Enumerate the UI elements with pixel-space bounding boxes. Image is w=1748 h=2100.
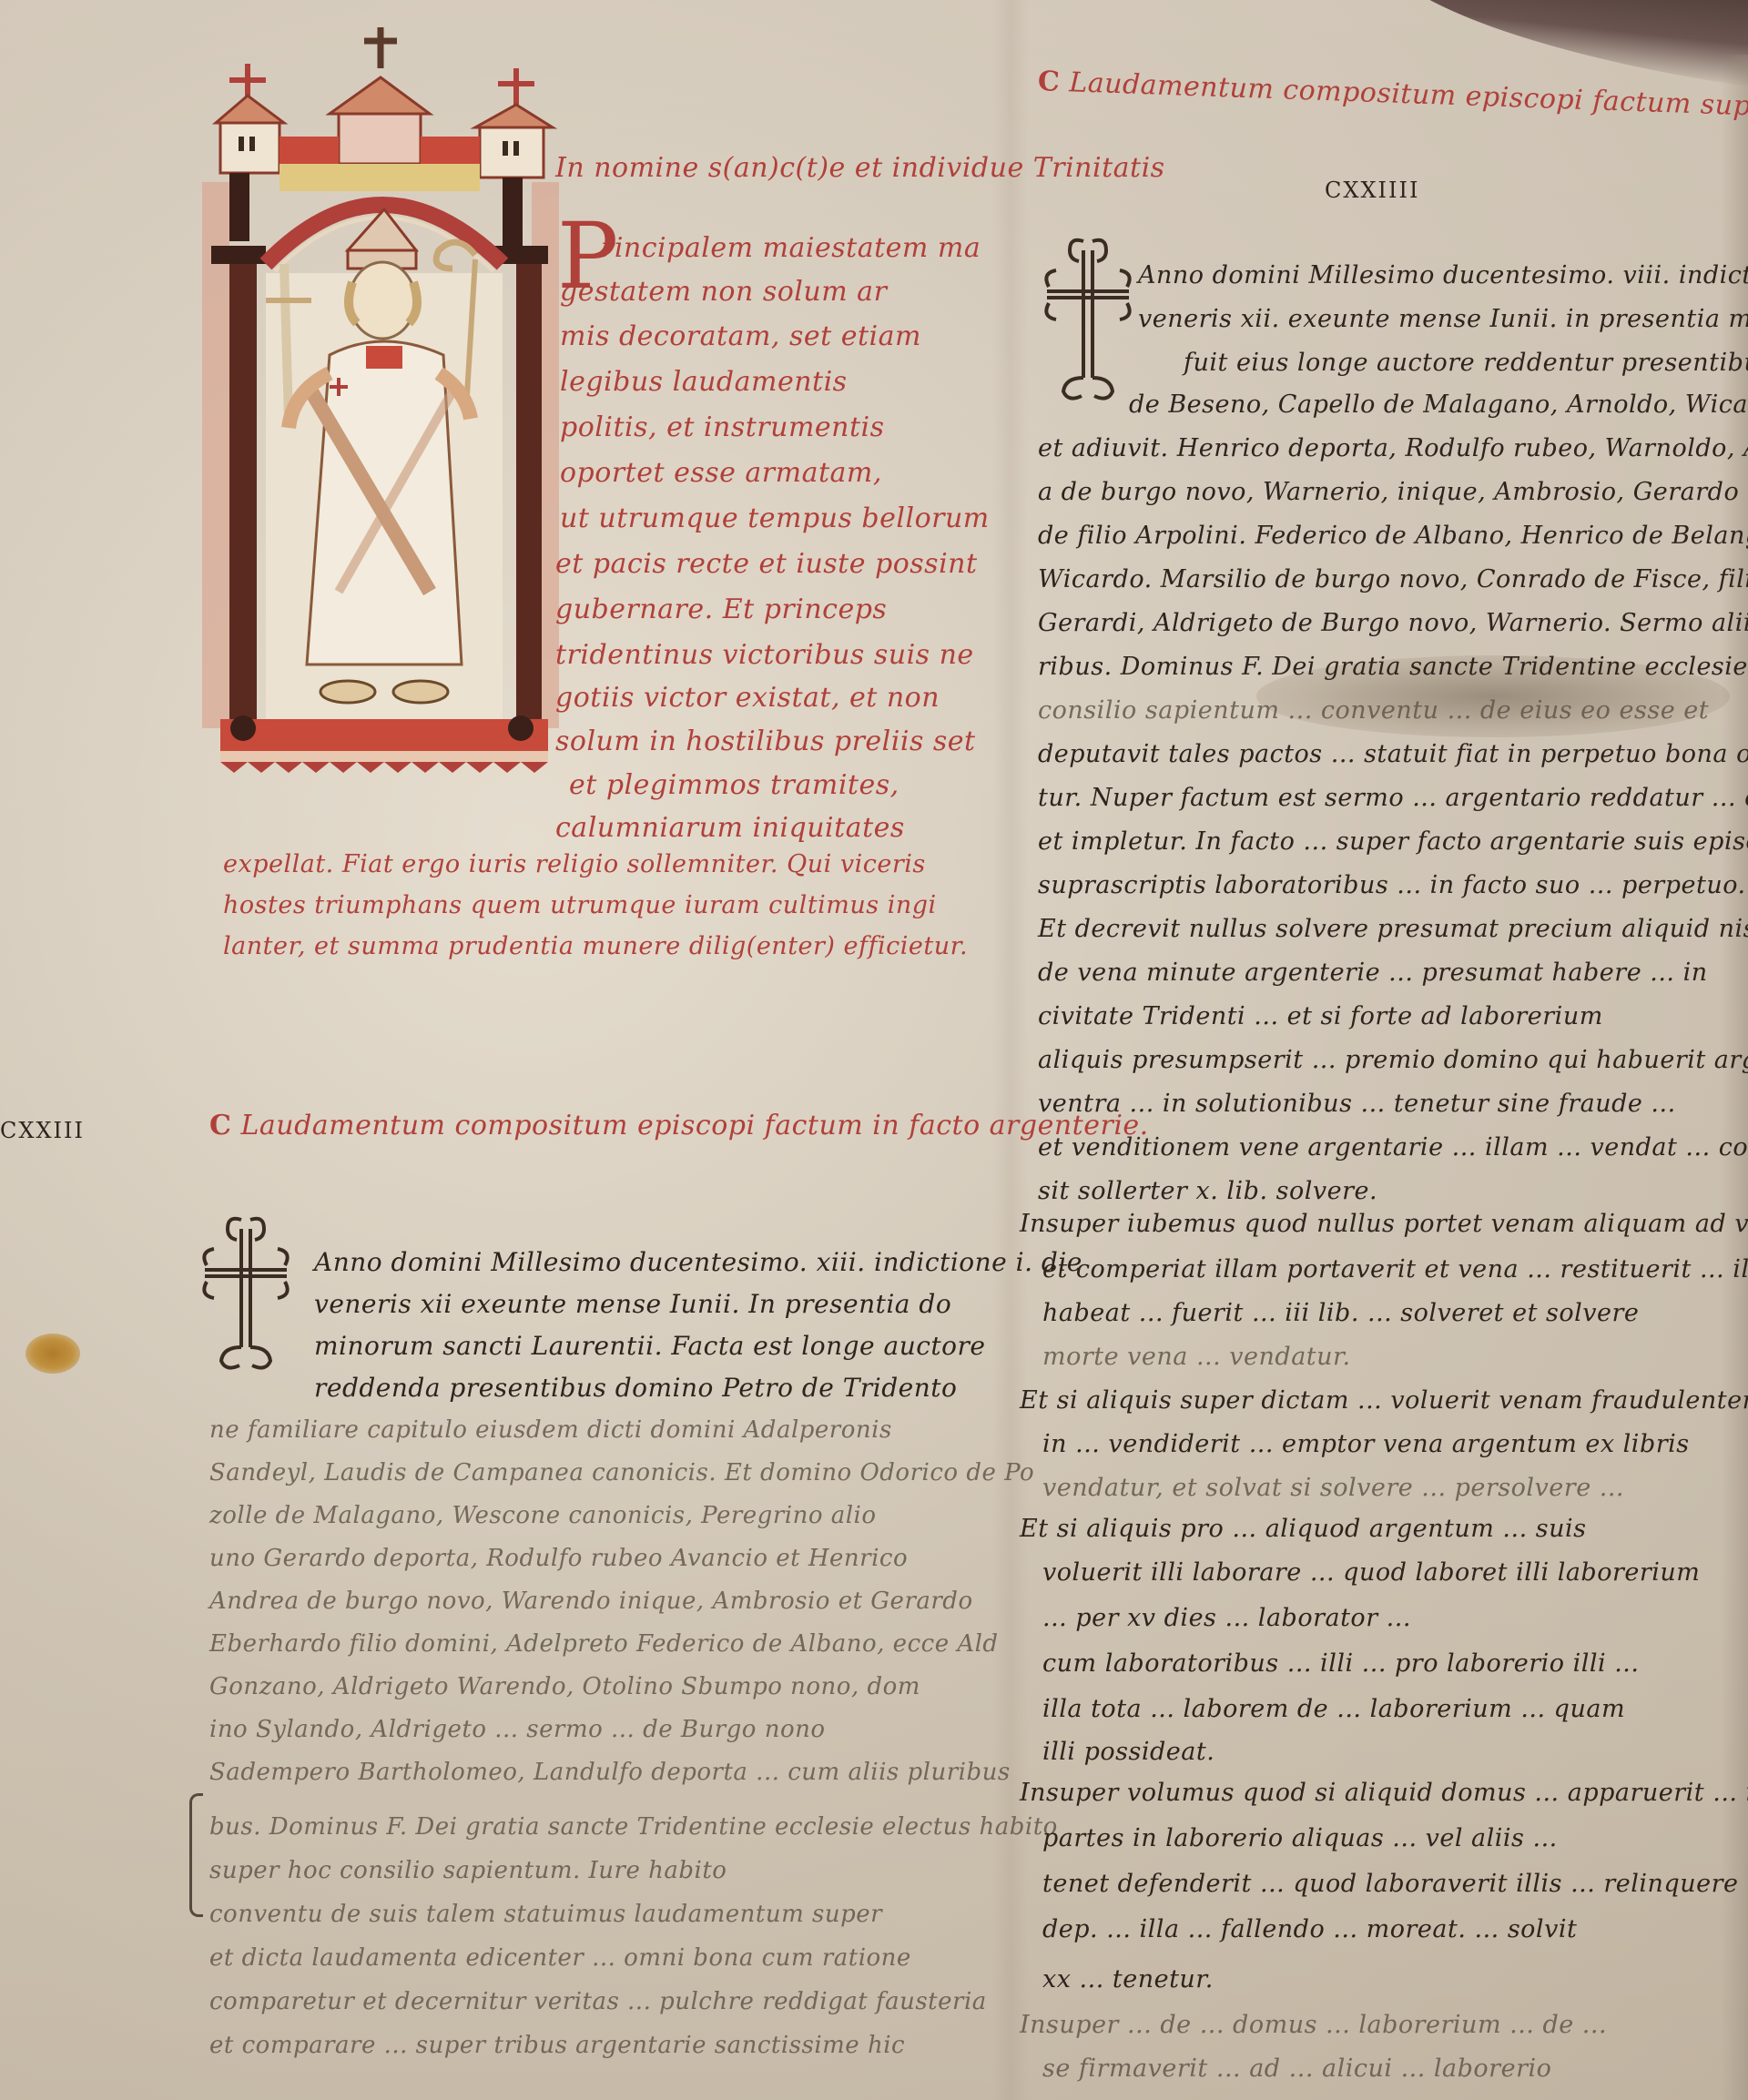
red-text-line: politis, et instrumentis bbox=[560, 414, 885, 441]
text-line: illi possideat. bbox=[1042, 1739, 1214, 1766]
text-line: Insuper iubemus quod nullus portet venam… bbox=[1020, 1211, 1748, 1238]
red-text-line: gestatem non solum ar bbox=[560, 279, 887, 306]
text-line: conventu de suis talem statuimus laudame… bbox=[209, 1901, 882, 1928]
text-line: ventra ... in solutionibus ... tenetur s… bbox=[1038, 1091, 1676, 1118]
text-line: Andrea de burgo novo, Warendo inique, Am… bbox=[209, 1588, 973, 1615]
red-text-line: rincipalem maiestatem ma bbox=[601, 235, 981, 262]
red-text-line: expellat. Fiat ergo iuris religio sollem… bbox=[223, 851, 926, 878]
text-line: super hoc consilio sapientum. Iure habit… bbox=[209, 1857, 727, 1884]
incipit-rubric: In nomine s(an)c(t)e et individue Trinit… bbox=[555, 155, 1165, 182]
text-line: minorum sancti Laurentii. Facta est long… bbox=[314, 1333, 985, 1360]
text-line: illa tota ... laborem de ... laborerium … bbox=[1042, 1696, 1625, 1723]
flourished-cross-initial-icon bbox=[1038, 232, 1138, 405]
text-line: Wicardo. Marsilio de burgo novo, Conrado… bbox=[1038, 566, 1748, 593]
paragraph-bracket-icon bbox=[189, 1793, 203, 1917]
text-line: Et decrevit nullus solvere presumat prec… bbox=[1038, 916, 1748, 943]
text-line: reddenda presentibus domino Petro de Tri… bbox=[314, 1375, 957, 1402]
text-line: morte vena ... vendatur. bbox=[1042, 1344, 1351, 1371]
text-line: Insuper ... de ... domus ... laborerium … bbox=[1020, 2012, 1607, 2039]
text-line: suprascriptis laboratoribus ... in facto… bbox=[1038, 872, 1746, 899]
rubric-text: Laudamentum compositum episcopi factum i… bbox=[240, 1110, 1148, 1141]
text-line: cum laboratoribus ... illi ... pro labor… bbox=[1042, 1650, 1639, 1678]
text-line: civitate Tridenti ... et si forte ad lab… bbox=[1038, 1003, 1603, 1030]
manuscript-page-spread: In nomine s(an)c(t)e et individue Trinit… bbox=[0, 0, 1748, 2100]
red-text-line: oportet esse armatam, bbox=[560, 460, 882, 487]
red-text-line: gotiis victor existat, et non bbox=[555, 685, 940, 712]
illuminated-miniature-icon bbox=[202, 27, 559, 787]
text-line: uno Gerardo deporta, Rodulfo rubeo Avanc… bbox=[209, 1545, 908, 1572]
text-line: et dicta laudamenta edicenter ... omni b… bbox=[209, 1944, 911, 1972]
red-text-line: gubernare. Et princeps bbox=[555, 596, 887, 624]
red-text-line: et plegimmos tramites, bbox=[569, 772, 899, 799]
text-line: et impletur. In facto ... super facto ar… bbox=[1038, 828, 1748, 856]
red-text-line: solum in hostilibus preliis set bbox=[555, 728, 976, 756]
text-line: et comperiat illam portaverit et vena ..… bbox=[1042, 1256, 1748, 1283]
text-line: partes in laborerio aliquas ... vel alii… bbox=[1042, 1825, 1558, 1852]
text-line: tur. Nuper factum est sermo ... argentar… bbox=[1038, 785, 1748, 812]
red-text-line: tridentinus victoribus suis ne bbox=[555, 642, 974, 669]
red-text-line: et pacis recte et iuste possint bbox=[555, 551, 978, 578]
text-line: de filio Arpolini. Federico de Albano, H… bbox=[1038, 522, 1748, 550]
section-rubric-right: C Laudamentum compositum episcopi factum… bbox=[1037, 68, 1748, 131]
text-line: de vena minute argenterie ... presumat h… bbox=[1038, 959, 1708, 987]
rubric-initial: C bbox=[209, 1110, 231, 1141]
text-line: ... per xv dies ... laborator ... bbox=[1042, 1605, 1411, 1632]
text-line: comparetur et decernitur veritas ... pul… bbox=[209, 1988, 987, 2015]
text-line: et venditionem vene argentarie ... illam… bbox=[1038, 1134, 1748, 1162]
rubric-text: Laudamentum compositum episcopi factum s… bbox=[1069, 66, 1748, 133]
rubric-initial: C bbox=[1037, 66, 1061, 98]
text-line: veneris xii exeunte mense Iunii. In pres… bbox=[314, 1291, 951, 1318]
section-rubric-left: C Laudamentum compositum episcopi factum… bbox=[209, 1112, 1149, 1140]
text-line: se firmaverit ... ad ... alicui ... labo… bbox=[1042, 2055, 1551, 2083]
text-line: veneris xii. exeunte mense Iunii. in pre… bbox=[1138, 306, 1748, 333]
text-line: in ... vendiderit ... emptor vena argent… bbox=[1042, 1431, 1690, 1458]
flourished-cross-initial-icon bbox=[196, 1211, 296, 1375]
text-line: Gonzano, Aldrigeto Warendo, Otolino Sbum… bbox=[209, 1673, 920, 1700]
text-line: aliquis presumpserit ... premio domino q… bbox=[1038, 1047, 1748, 1074]
text-line: fuit eius longe auctore reddentur presen… bbox=[1184, 350, 1748, 377]
ochre-stain bbox=[25, 1334, 80, 1374]
text-line: Et si aliquis super dictam ... voluerit … bbox=[1020, 1387, 1748, 1415]
text-line: sit sollerter x. lib. solvere. bbox=[1038, 1178, 1377, 1205]
text-line: Et si aliquis pro ... aliquod argentum .… bbox=[1020, 1516, 1587, 1543]
text-line: tenet defenderit ... quod laboraverit il… bbox=[1042, 1871, 1748, 1898]
text-line: zolle de Malagano, Wescone canonicis, Pe… bbox=[209, 1502, 877, 1529]
red-text-line: mis decoratam, set etiam bbox=[560, 323, 921, 350]
text-line: Sadempero Bartholomeo, Landulfo deporta … bbox=[209, 1759, 1011, 1786]
text-line: Eberhardo filio domini, Adelpreto Federi… bbox=[209, 1630, 999, 1658]
text-line: et adiuvit. Henrico deporta, Rodulfo rub… bbox=[1038, 435, 1748, 462]
text-line: deputavit tales pactos ... statuit fiat … bbox=[1038, 741, 1748, 768]
text-line: consilio sapientum ... conventu ... de e… bbox=[1038, 697, 1709, 725]
text-line: vendatur, et solvat si solvere ... perso… bbox=[1042, 1475, 1624, 1502]
text-line: ino Sylando, Aldrigeto ... sermo ... de … bbox=[209, 1716, 826, 1743]
chapter-number-right: CXXIIII bbox=[1325, 178, 1419, 203]
text-line: Sandeyl, Laudis de Campanea canonicis. E… bbox=[209, 1459, 1034, 1486]
chapter-number-left: CXXIII bbox=[0, 1118, 85, 1143]
red-text-line: legibus laudamentis bbox=[560, 369, 848, 396]
text-line: a de burgo novo, Warnerio, inique, Ambro… bbox=[1038, 479, 1748, 506]
text-line: ribus. Dominus F. Dei gratia sancte Trid… bbox=[1038, 654, 1748, 681]
text-line: dep. ... illa ... fallendo ... moreat. .… bbox=[1042, 1916, 1577, 1943]
text-line: Anno domini Millesimo ducentesimo. viii.… bbox=[1138, 262, 1748, 289]
text-line: et comparare ... super tribus argentarie… bbox=[209, 2032, 905, 2059]
red-text-line: ut utrumque tempus bellorum bbox=[560, 505, 990, 533]
text-line: voluerit illi laborare ... quod laboret … bbox=[1042, 1559, 1700, 1587]
text-line: Gerardi, Aldrigeto de Burgo novo, Warner… bbox=[1038, 610, 1748, 637]
text-line: ne familiare capitulo eiusdem dicti domi… bbox=[209, 1416, 892, 1444]
red-text-line: lanter, et summa prudentia munere dilig(… bbox=[223, 933, 968, 960]
text-line: Anno domini Millesimo ducentesimo. xiii.… bbox=[314, 1249, 1082, 1276]
red-text-line: calumniarum iniquitates bbox=[555, 815, 905, 842]
red-text-line: hostes triumphans quem utrumque iuram cu… bbox=[223, 892, 937, 919]
text-line: xx ... tenetur. bbox=[1042, 1966, 1214, 1993]
text-line: bus. Dominus F. Dei gratia sancte Triden… bbox=[209, 1813, 1058, 1841]
text-line: de Beseno, Capello de Malagano, Arnoldo,… bbox=[1129, 391, 1748, 419]
text-line: Insuper volumus quod si aliquid domus ..… bbox=[1020, 1780, 1748, 1807]
text-line: habeat ... fuerit ... iii lib. ... solve… bbox=[1042, 1300, 1639, 1327]
